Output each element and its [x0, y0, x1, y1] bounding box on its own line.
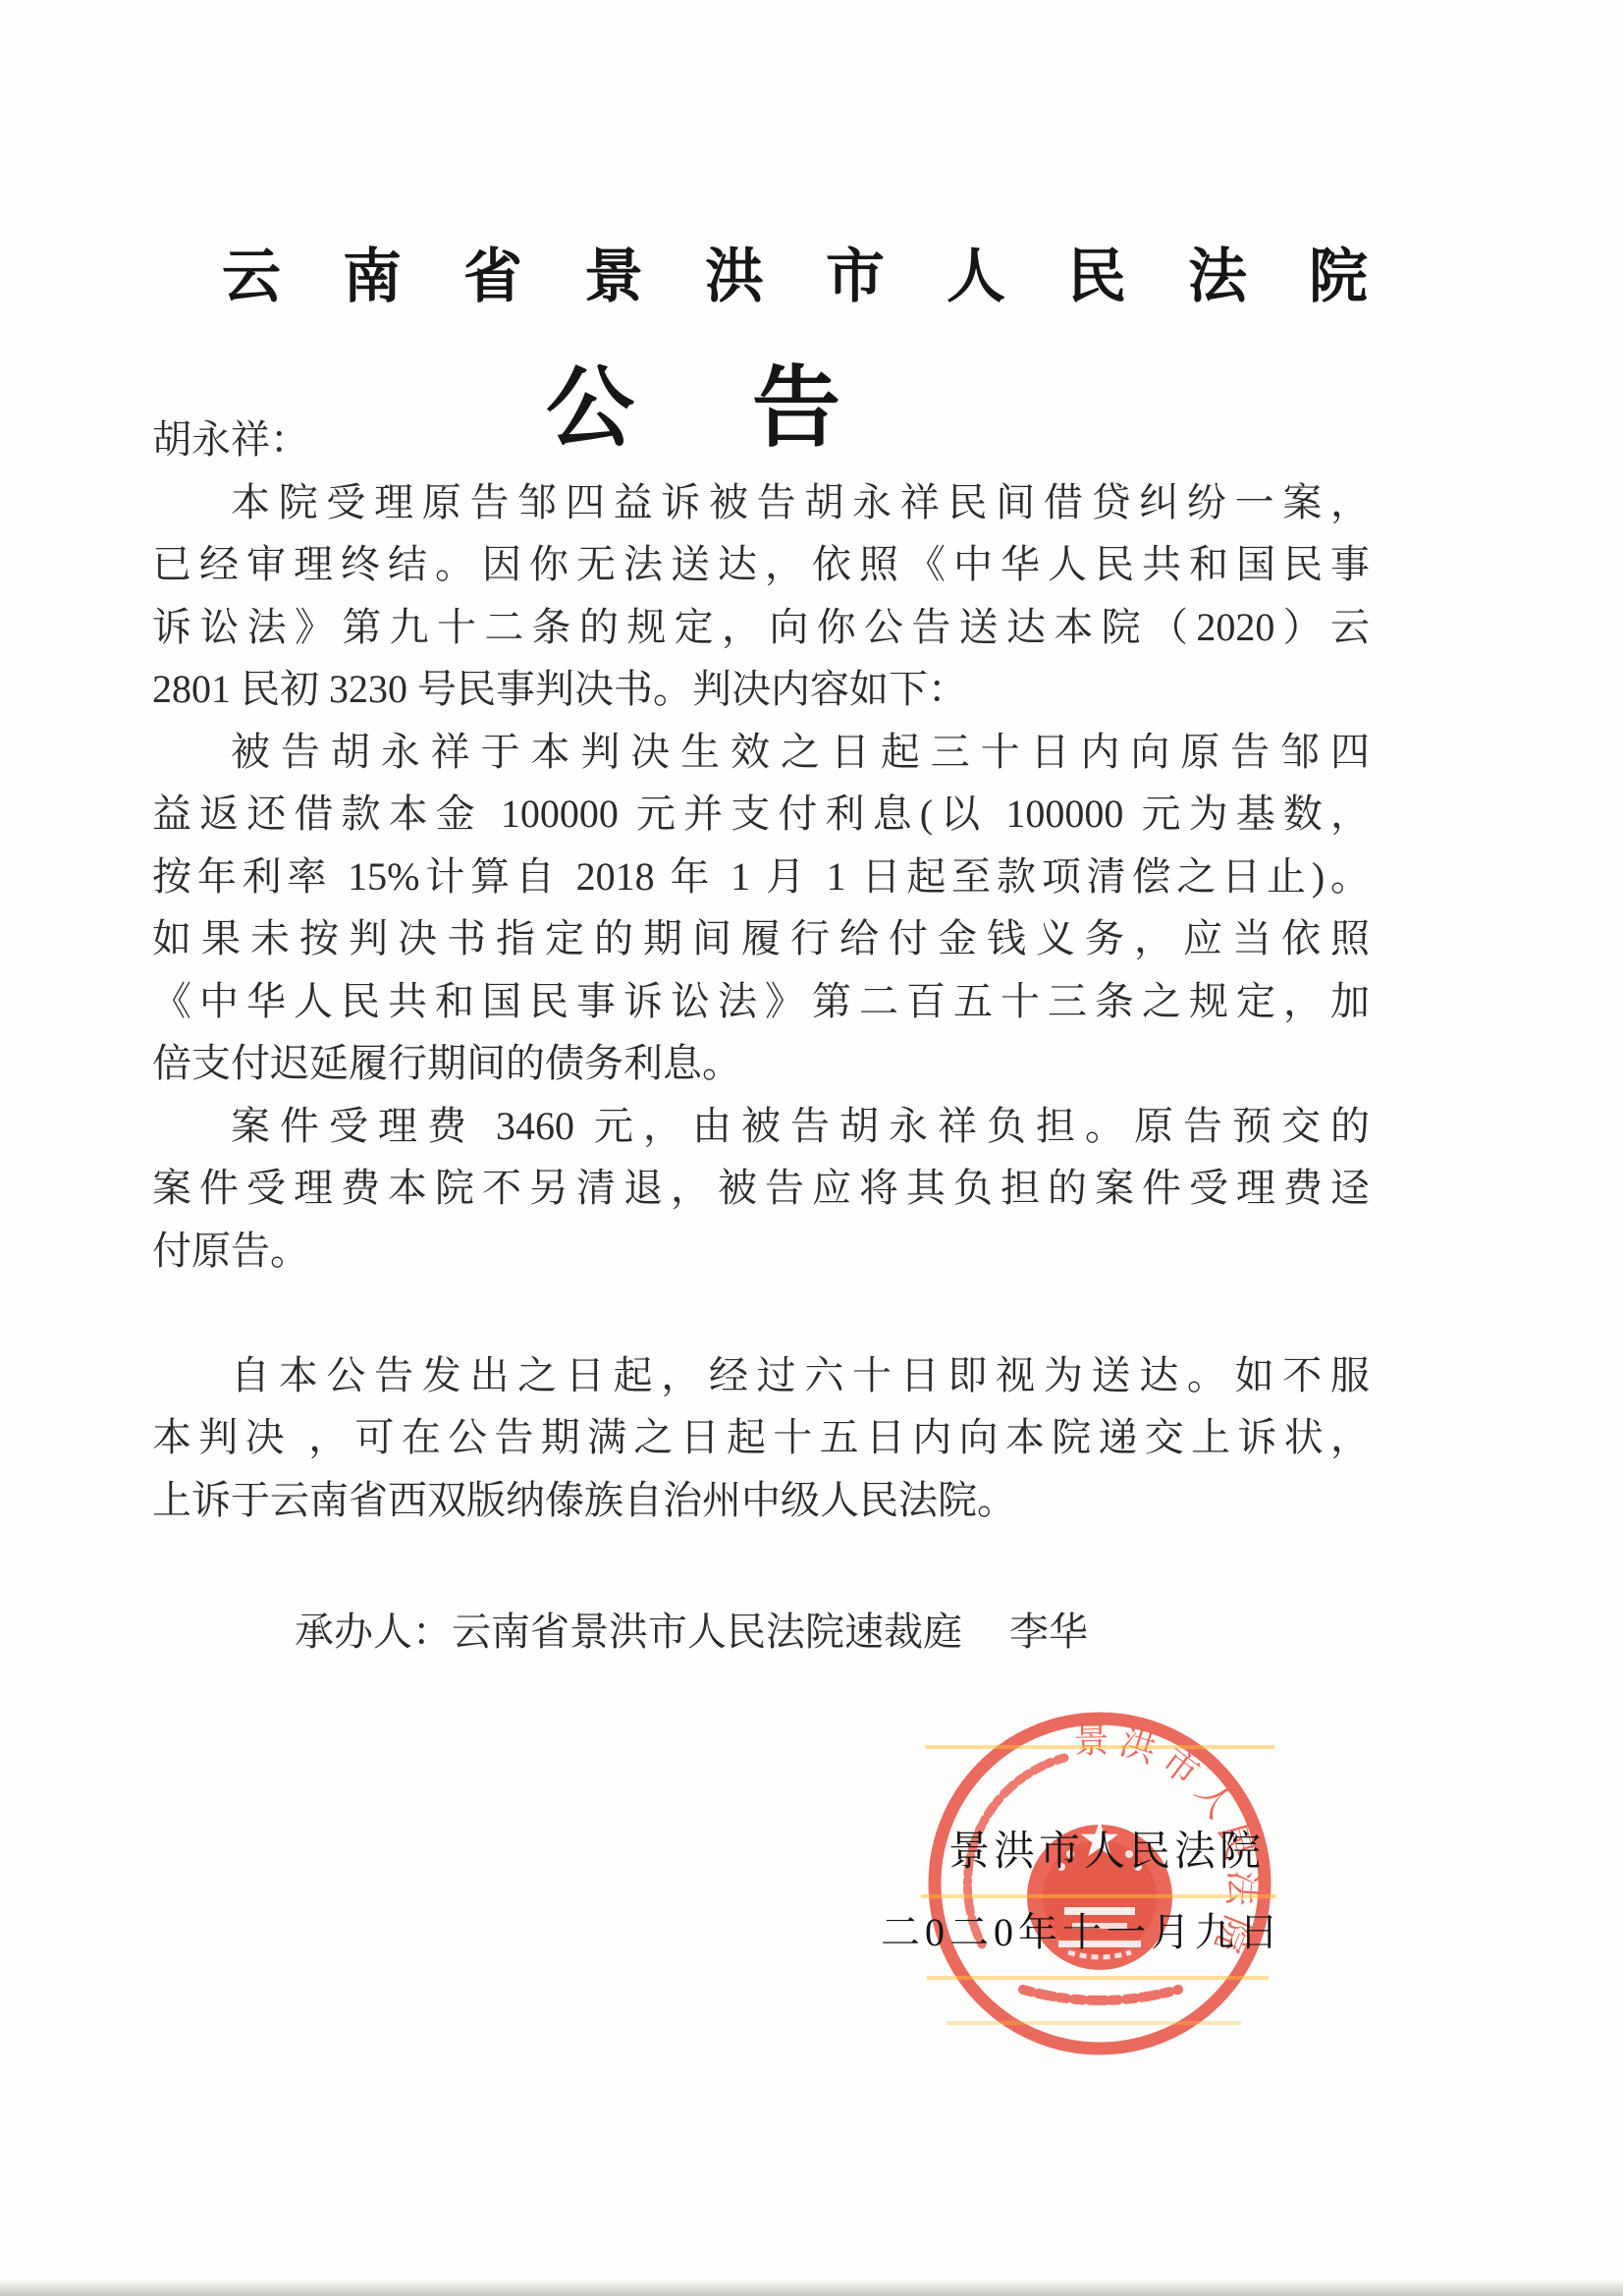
- body-line: 2801 民初 3230 号民事判决书。判决内容如下：: [152, 658, 1370, 721]
- page-bottom-scan-edge: [0, 2280, 1623, 2296]
- announcement-body: 胡永祥： 本院受理原告邹四益诉被告胡永祥民间借贷纠纷一案， 已经审理终结。因你无…: [152, 409, 1370, 1531]
- addressee-line: 胡永祥：: [152, 409, 1370, 471]
- body-line: 案件受理费 3460 元，由被告胡永祥负担。原告预交的: [152, 1095, 1370, 1158]
- scan-artifact-line: [925, 1745, 1274, 1749]
- official-seal: 景洪市人民法院: [921, 1705, 1278, 2062]
- seal-bottom-marks: [1023, 1990, 1178, 2000]
- body-line: 倍支付迟延履行期间的债务利息。: [152, 1032, 1370, 1095]
- body-line: 如果未按判决书指定的期间履行给付金钱义务，应当依照: [152, 907, 1370, 970]
- handler-label: 承办人：云南省景洪市人民法院速裁庭: [295, 1601, 962, 1657]
- seal-court-name-text: 景洪市人民法院: [948, 1819, 1265, 1878]
- body-line: 本院受理原告邹四益诉被告胡永祥民间借贷纠纷一案，: [152, 471, 1370, 534]
- body-line: 已经审理终结。因你无法送达，依照《中华人民共和国民事: [152, 533, 1370, 596]
- scan-artifact-line: [947, 2021, 1241, 2025]
- body-line: 案件受理费本院不另清退，被告应将其负担的案件受理费迳: [152, 1157, 1370, 1220]
- body-line: 本判决 ，可在公告期满之日起十五日内向本院递交上诉状，: [152, 1406, 1370, 1469]
- scan-artifact-line: [927, 1976, 1269, 1980]
- body-line: 《中华人民共和国民事诉讼法》第二百五十三条之规定，加: [152, 970, 1370, 1033]
- body-line: 自本公告发出之日起，经过六十日即视为送达。如不服: [152, 1344, 1370, 1407]
- case-handler-line: 承办人：云南省景洪市人民法院速裁庭 李华: [295, 1601, 1088, 1657]
- scan-artifact-line: [921, 1894, 1276, 1898]
- handler-name: 李华: [1009, 1601, 1088, 1657]
- issue-date-text: 二0二0年十一月九日: [881, 1901, 1283, 1957]
- body-line: 上诉于云南省西双版纳傣族自治州中级人民法院。: [152, 1469, 1370, 1532]
- court-title: 云南省景洪市人民法院: [222, 247, 1430, 306]
- body-line: 诉讼法》第九十二条的规定，向你公告送达本院（2020）云: [152, 596, 1370, 659]
- body-line: 益返还借款本金 100000 元并支付利息(以 100000 元为基数，: [152, 783, 1370, 846]
- body-line: 付原告。: [152, 1220, 1370, 1283]
- court-announcement-document: 云南省景洪市人民法院 公告 胡永祥： 本院受理原告邹四益诉被告胡永祥民间借贷纠纷…: [0, 0, 1623, 2296]
- body-line: 按年利率 15%计算自 2018 年 1 月 1 日起至款项清偿之日止)。: [152, 846, 1370, 908]
- body-line: 被告胡永祥于本判决生效之日起三十日内向原告邹四: [152, 721, 1370, 784]
